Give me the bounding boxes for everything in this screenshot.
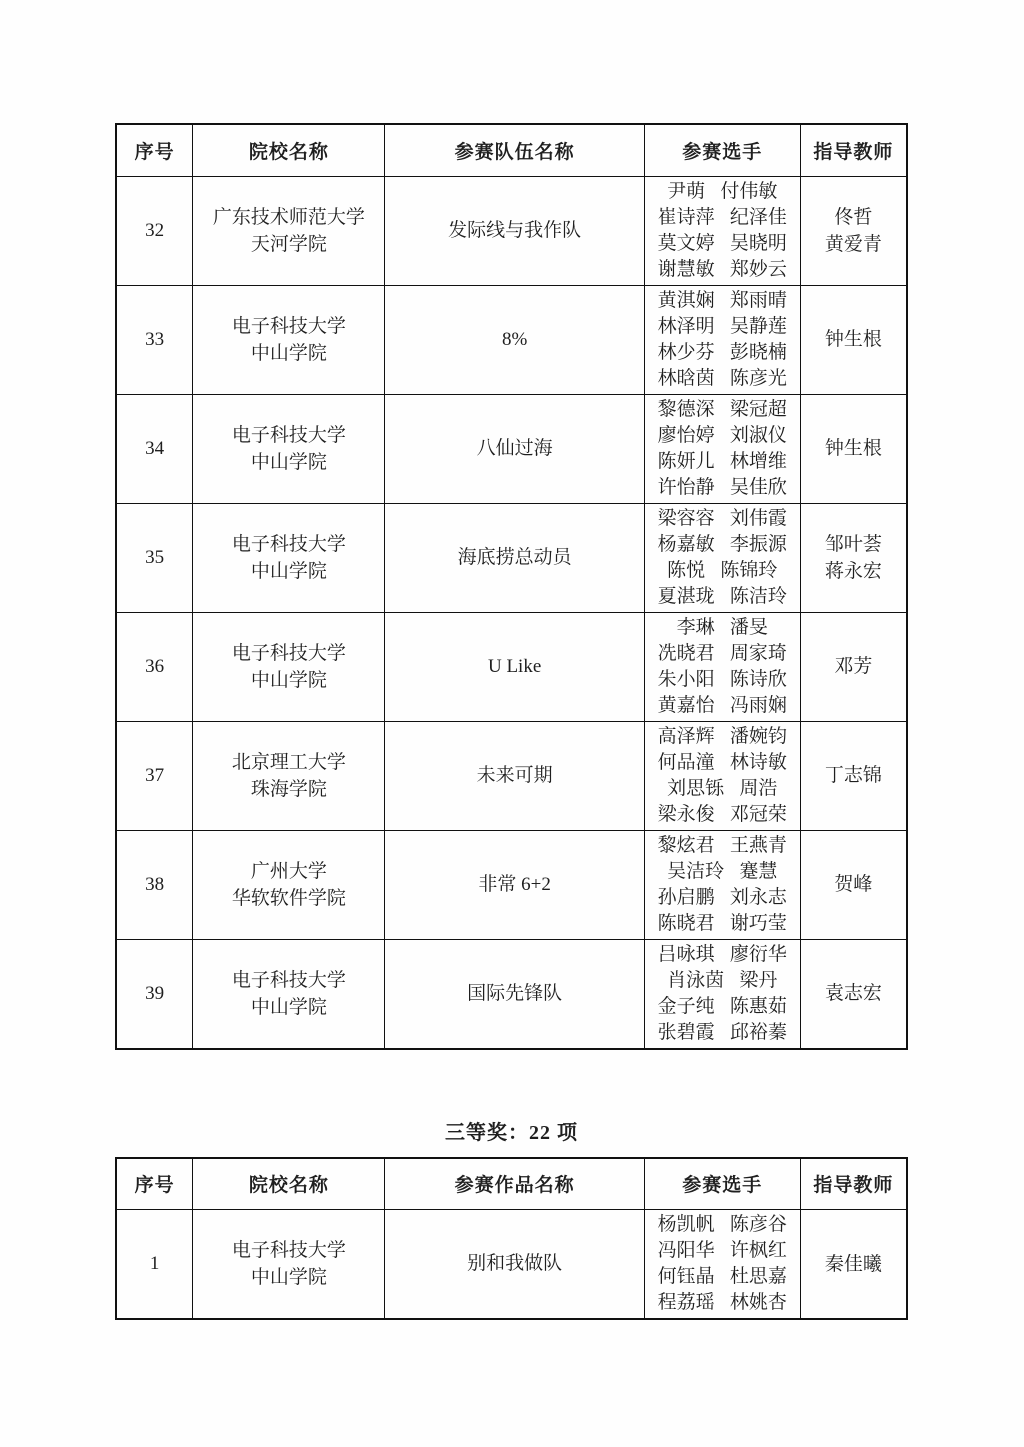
participants-line: 何钰晶 杜思嘉 (649, 1264, 796, 1290)
participants-cell: 黄淇娴 郑雨晴 林泽明 吴静莲 林少芬 彭晓楠 林晗茵 陈彦光 (644, 285, 800, 394)
participants-line: 林泽明 吴静莲 (649, 314, 796, 340)
school-line: 华软软件学院 (197, 885, 380, 912)
participants-line: 崔诗萍 纪泽佳 (649, 205, 796, 231)
team-cell: 未来可期 (385, 721, 644, 830)
school-line: 天河学院 (197, 231, 380, 258)
school-cell: 北京理工大学 珠海学院 (193, 721, 385, 830)
row-number-cell: 36 (116, 612, 193, 721)
participants-line: 梁容容 刘伟霞 (649, 506, 796, 532)
participants-line: 孙启鹏 刘永志 (649, 885, 796, 911)
advisor-cell: 丁志锦 (800, 721, 907, 830)
participants-line: 刘思铄 周浩 (649, 776, 796, 802)
team-cell: 八仙过海 (385, 394, 644, 503)
header-team: 参赛队伍名称 (385, 124, 644, 176)
advisor-cell: 钟生根 (800, 394, 907, 503)
table-row: 36 电子科技大学 中山学院 U Like 李琳 潘旻 冼晓君 周家琦 朱小阳 … (116, 612, 907, 721)
row-number-cell: 37 (116, 721, 193, 830)
participants-line: 许怡静 吴佳欣 (649, 475, 796, 501)
school-line: 中山学院 (197, 994, 380, 1021)
participants-line: 黎炫君 王燕青 (649, 833, 796, 859)
advisor-line: 邓芳 (805, 653, 902, 680)
school-line: 中山学院 (197, 558, 380, 585)
header-advisor: 指导教师 (800, 1158, 907, 1210)
table-row: 34 电子科技大学 中山学院 八仙过海 黎德深 梁冠超 廖怡婷 刘淑仪 陈妍儿 … (116, 394, 907, 503)
participants-line: 金子纯 陈惠茹 (649, 994, 796, 1020)
participants-line: 何品潼 林诗敏 (649, 750, 796, 776)
school-line: 广州大学 (197, 858, 380, 885)
participants-line: 黄淇娴 郑雨晴 (649, 288, 796, 314)
table-row: 38 广州大学 华软软件学院 非常 6+2 黎炫君 王燕青 吴洁玲 蹇慧 孙启鹏… (116, 830, 907, 939)
school-cell: 电子科技大学 中山学院 (193, 394, 385, 503)
school-cell: 电子科技大学 中山学院 (193, 612, 385, 721)
participants-line: 张碧霞 邱裕蓁 (649, 1020, 796, 1046)
participants-line: 陈妍儿 林增维 (649, 449, 796, 475)
participants-line: 吴洁玲 蹇慧 (649, 859, 796, 885)
participants-line: 尹萌 付伟敏 (649, 179, 796, 205)
school-line: 北京理工大学 (197, 749, 380, 776)
table-row: 35 电子科技大学 中山学院 海底捞总动员 梁容容 刘伟霞 杨嘉敏 李振源 陈悦… (116, 503, 907, 612)
advisor-cell: 袁志宏 (800, 939, 907, 1049)
participants-line: 朱小阳 陈诗欣 (649, 667, 796, 693)
team-cell: U Like (385, 612, 644, 721)
school-cell: 电子科技大学 中山学院 (193, 285, 385, 394)
row-number-cell: 35 (116, 503, 193, 612)
participants-line: 林少芬 彭晓楠 (649, 340, 796, 366)
advisor-cell: 秦佳曦 (800, 1210, 907, 1320)
school-line: 电子科技大学 (197, 422, 380, 449)
school-line: 电子科技大学 (197, 967, 380, 994)
participants-line: 吕咏琪 廖衍华 (649, 942, 796, 968)
participants-line: 杨凯帆 陈彦谷 (649, 1212, 796, 1238)
participants-line: 肖泳茵 梁丹 (649, 968, 796, 994)
team-cell: 非常 6+2 (385, 830, 644, 939)
advisor-line: 黄爱青 (805, 231, 902, 258)
team-cell: 发际线与我作队 (385, 176, 644, 285)
row-number-cell: 38 (116, 830, 193, 939)
participants-line: 梁永俊 邓冠荣 (649, 802, 796, 828)
advisor-cell: 邓芳 (800, 612, 907, 721)
participants-line: 冼晓君 周家琦 (649, 641, 796, 667)
table-header-row: 序号 院校名称 参赛队伍名称 参赛选手 指导教师 (116, 124, 907, 176)
school-line: 电子科技大学 (197, 531, 380, 558)
participants-cell: 李琳 潘旻 冼晓君 周家琦 朱小阳 陈诗欣 黄嘉怡 冯雨娴 (644, 612, 800, 721)
advisor-cell: 钟生根 (800, 285, 907, 394)
table-row: 37 北京理工大学 珠海学院 未来可期 高泽辉 潘婉钧 何品潼 林诗敏 刘思铄 … (116, 721, 907, 830)
row-number-cell: 33 (116, 285, 193, 394)
school-cell: 电子科技大学 中山学院 (193, 1210, 385, 1320)
advisor-line: 钟生根 (805, 326, 902, 353)
participants-cell: 黎德深 梁冠超 廖怡婷 刘淑仪 陈妍儿 林增维 许怡静 吴佳欣 (644, 394, 800, 503)
awards-table-2: 序号 院校名称 参赛作品名称 参赛选手 指导教师 1 电子科技大学 中山学院 别… (115, 1157, 908, 1321)
table-row: 33 电子科技大学 中山学院 8% 黄淇娴 郑雨晴 林泽明 吴静莲 林少芬 彭晓… (116, 285, 907, 394)
school-line: 珠海学院 (197, 776, 380, 803)
participants-line: 陈悦 陈锦玲 (649, 558, 796, 584)
header-no: 序号 (116, 1158, 193, 1210)
advisor-line: 丁志锦 (805, 762, 902, 789)
advisor-cell: 邹叶荟 蒋永宏 (800, 503, 907, 612)
table-row: 39 电子科技大学 中山学院 国际先锋队 吕咏琪 廖衍华 肖泳茵 梁丹 金子纯 … (116, 939, 907, 1049)
school-line: 中山学院 (197, 340, 380, 367)
advisor-cell: 贺峰 (800, 830, 907, 939)
header-school: 院校名称 (193, 124, 385, 176)
advisor-line: 袁志宏 (805, 980, 902, 1007)
participants-line: 莫文婷 吴晓明 (649, 231, 796, 257)
row-number-cell: 32 (116, 176, 193, 285)
table-row: 32 广东技术师范大学 天河学院 发际线与我作队 尹萌 付伟敏 崔诗萍 纪泽佳 … (116, 176, 907, 285)
participants-line: 高泽辉 潘婉钧 (649, 724, 796, 750)
header-participants: 参赛选手 (644, 124, 800, 176)
school-line: 中山学院 (197, 449, 380, 476)
participants-line: 杨嘉敏 李振源 (649, 532, 796, 558)
participants-line: 黄嘉怡 冯雨娴 (649, 693, 796, 719)
advisor-cell: 佟哲 黄爱青 (800, 176, 907, 285)
school-line: 电子科技大学 (197, 313, 380, 340)
advisor-line: 佟哲 (805, 204, 902, 231)
table-header-row: 序号 院校名称 参赛作品名称 参赛选手 指导教师 (116, 1158, 907, 1210)
school-cell: 电子科技大学 中山学院 (193, 503, 385, 612)
team-cell: 国际先锋队 (385, 939, 644, 1049)
advisor-line: 蒋永宏 (805, 558, 902, 585)
header-advisor: 指导教师 (800, 124, 907, 176)
participants-cell: 杨凯帆 陈彦谷 冯阳华 许枫红 何钰晶 杜思嘉 程荔瑶 林姚杏 (644, 1210, 800, 1320)
document-content: 序号 院校名称 参赛队伍名称 参赛选手 指导教师 32 广东技术师范大学 天河学… (115, 123, 908, 1320)
school-cell: 电子科技大学 中山学院 (193, 939, 385, 1049)
participants-cell: 梁容容 刘伟霞 杨嘉敏 李振源 陈悦 陈锦玲 夏湛珑 陈洁玲 (644, 503, 800, 612)
participants-line: 廖怡婷 刘淑仪 (649, 423, 796, 449)
school-line: 广东技术师范大学 (197, 204, 380, 231)
advisor-line: 邹叶荟 (805, 531, 902, 558)
awards-table-1: 序号 院校名称 参赛队伍名称 参赛选手 指导教师 32 广东技术师范大学 天河学… (115, 123, 908, 1050)
participants-cell: 尹萌 付伟敏 崔诗萍 纪泽佳 莫文婷 吴晓明 谢慧敏 郑妙云 (644, 176, 800, 285)
participants-line: 李琳 潘旻 (649, 615, 796, 641)
school-line: 中山学院 (197, 667, 380, 694)
participants-cell: 高泽辉 潘婉钧 何品潼 林诗敏 刘思铄 周浩 梁永俊 邓冠荣 (644, 721, 800, 830)
team-cell: 8% (385, 285, 644, 394)
school-line: 电子科技大学 (197, 1237, 380, 1264)
header-work: 参赛作品名称 (385, 1158, 644, 1210)
participants-cell: 吕咏琪 廖衍华 肖泳茵 梁丹 金子纯 陈惠茹 张碧霞 邱裕蓁 (644, 939, 800, 1049)
participants-line: 冯阳华 许枫红 (649, 1238, 796, 1264)
participants-cell: 黎炫君 王燕青 吴洁玲 蹇慧 孙启鹏 刘永志 陈晓君 谢巧莹 (644, 830, 800, 939)
header-school: 院校名称 (193, 1158, 385, 1210)
section-heading-third-prize: 三等奖：22 项 (115, 1116, 908, 1145)
school-line: 中山学院 (197, 1264, 380, 1291)
document-page: 序号 院校名称 参赛队伍名称 参赛选手 指导教师 32 广东技术师范大学 天河学… (0, 0, 1024, 1447)
school-cell: 广州大学 华软软件学院 (193, 830, 385, 939)
team-cell: 别和我做队 (385, 1210, 644, 1320)
row-number-cell: 39 (116, 939, 193, 1049)
team-cell: 海底捞总动员 (385, 503, 644, 612)
row-number-cell: 1 (116, 1210, 193, 1320)
school-cell: 广东技术师范大学 天河学院 (193, 176, 385, 285)
participants-line: 夏湛珑 陈洁玲 (649, 584, 796, 610)
advisor-line: 钟生根 (805, 435, 902, 462)
row-number-cell: 34 (116, 394, 193, 503)
participants-line: 谢慧敏 郑妙云 (649, 257, 796, 283)
school-line: 电子科技大学 (197, 640, 380, 667)
header-participants: 参赛选手 (644, 1158, 800, 1210)
advisor-line: 秦佳曦 (805, 1251, 902, 1278)
table-row: 1 电子科技大学 中山学院 别和我做队 杨凯帆 陈彦谷 冯阳华 许枫红 何钰晶 … (116, 1210, 907, 1320)
participants-line: 林晗茵 陈彦光 (649, 366, 796, 392)
participants-line: 黎德深 梁冠超 (649, 397, 796, 423)
advisor-line: 贺峰 (805, 871, 902, 898)
header-no: 序号 (116, 124, 193, 176)
participants-line: 程荔瑶 林姚杏 (649, 1290, 796, 1316)
participants-line: 陈晓君 谢巧莹 (649, 911, 796, 937)
